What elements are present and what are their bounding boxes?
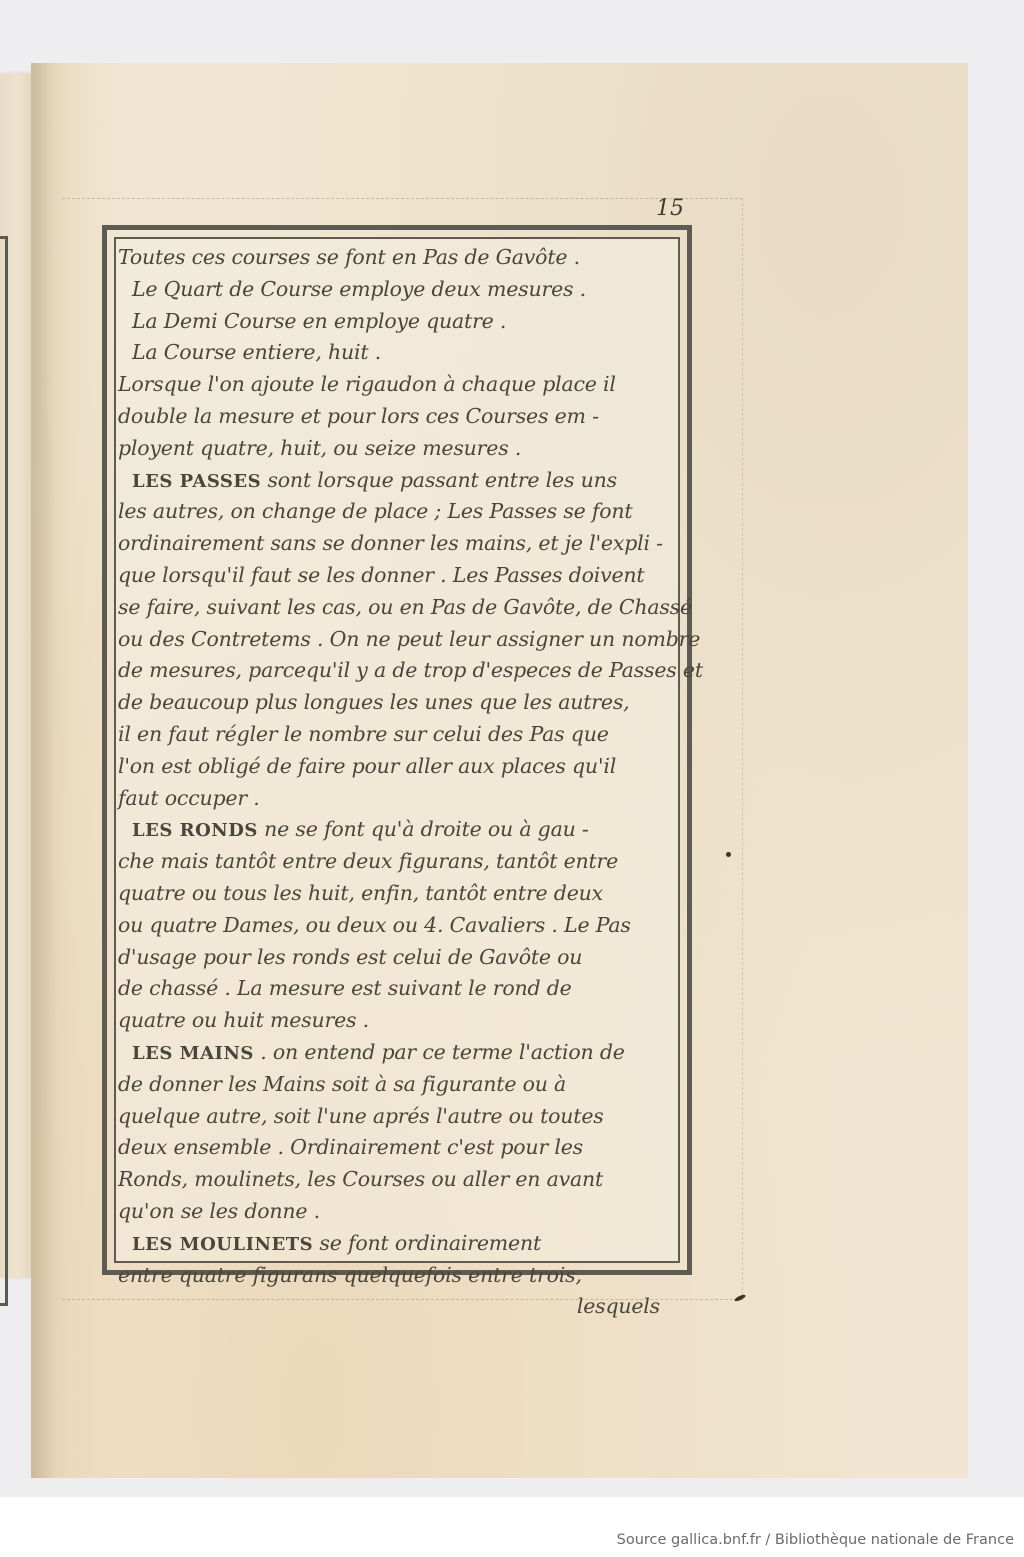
line-text: ne se font qu'à droite ou à gau -: [258, 817, 589, 841]
line-text: La Course entiere, huit .: [132, 340, 381, 364]
section-heading: LES RONDS: [132, 820, 258, 841]
line-text: de chassé . La mesure est suivant le ron…: [118, 976, 572, 1000]
line-text: se font ordinairement: [313, 1231, 541, 1255]
text-line: deux ensemble . Ordinairement c'est pour…: [118, 1132, 678, 1164]
text-line: double la mesure et pour lors ces Course…: [118, 401, 678, 433]
text-line: se faire, suivant les cas, ou en Pas de …: [118, 592, 678, 624]
text-line: ou quatre Dames, ou deux ou 4. Cavaliers…: [118, 910, 678, 942]
text-line: LES MAINS . on entend par ce terme l'act…: [118, 1037, 678, 1069]
line-text: . on entend par ce terme l'action de: [254, 1040, 625, 1064]
page-number: 15: [656, 196, 684, 221]
line-text: La Demi Course en employe quatre .: [132, 309, 506, 333]
footer-bar: [0, 1497, 1024, 1557]
text-line: entre quatre figurans quelquefois entre …: [118, 1260, 678, 1292]
line-text: entre quatre figurans quelquefois entre …: [118, 1263, 582, 1287]
line-text: Le Quart de Course employe deux mesures …: [132, 277, 586, 301]
gutter-shadow: [31, 63, 56, 1478]
line-text: ou quatre Dames, ou deux ou 4. Cavaliers…: [118, 913, 631, 937]
text-line: LES MOULINETS se font ordinairement: [118, 1228, 678, 1260]
line-text: de beaucoup plus longues les unes que le…: [118, 690, 629, 714]
ink-speck: [726, 852, 731, 857]
text-line: Ronds, moulinets, les Courses ou aller e…: [118, 1164, 678, 1196]
text-line: ployent quatre, huit, ou seize mesures .: [118, 433, 678, 465]
text-line: Lorsque l'on ajoute le rigaudon à chaque…: [118, 369, 678, 401]
line-text: ou des Contretems . On ne peut leur assi…: [118, 627, 700, 651]
previous-page-frame: [0, 236, 8, 1306]
text-line: que lorsqu'il faut se les donner . Les P…: [118, 560, 678, 592]
source-credit: Source gallica.bnf.fr / Bibliothèque nat…: [617, 1532, 1014, 1548]
line-text: l'on est obligé de faire pour aller aux …: [118, 754, 616, 778]
text-line: quelque autre, soit l'une aprés l'autre …: [118, 1101, 678, 1133]
line-text: lesquels: [577, 1294, 660, 1318]
line-text: quelque autre, soit l'une aprés l'autre …: [118, 1104, 604, 1128]
line-text: quatre ou huit mesures .: [118, 1008, 369, 1032]
text-line: quatre ou huit mesures .: [118, 1005, 678, 1037]
section-heading: LES MOULINETS: [132, 1234, 313, 1255]
text-line: La Course entiere, huit .: [118, 337, 678, 369]
line-text: que lorsqu'il faut se les donner . Les P…: [118, 563, 644, 587]
line-text: les autres, on change de place ; Les Pas…: [118, 499, 632, 523]
section-heading: LES PASSES: [132, 471, 261, 492]
text-line: LES RONDS ne se font qu'à droite ou à ga…: [118, 814, 678, 846]
section-heading: LES MAINS: [132, 1043, 254, 1064]
text-line: d'usage pour les ronds est celui de Gavô…: [118, 942, 678, 974]
text-line: ordinairement sans se donner les mains, …: [118, 528, 678, 560]
line-text: d'usage pour les ronds est celui de Gavô…: [118, 945, 582, 969]
text-line: de beaucoup plus longues les unes que le…: [118, 687, 678, 719]
line-text: il en faut régler le nombre sur celui de…: [118, 722, 609, 746]
text-line: faut occuper .: [118, 783, 678, 815]
text-line: LES PASSES sont lorsque passant entre le…: [118, 465, 678, 497]
line-text: che mais tantôt entre deux figurans, tan…: [118, 849, 618, 873]
line-text: se faire, suivant les cas, ou en Pas de …: [118, 595, 692, 619]
text-line: La Demi Course en employe quatre .: [118, 306, 678, 338]
line-text: Ronds, moulinets, les Courses ou aller e…: [118, 1167, 603, 1191]
text-line: de chassé . La mesure est suivant le ron…: [118, 973, 678, 1005]
text-line: che mais tantôt entre deux figurans, tan…: [118, 846, 678, 878]
line-text: de mesures, parcequ'il y a de trop d'esp…: [118, 658, 703, 682]
text-line: ou des Contretems . On ne peut leur assi…: [118, 624, 678, 656]
text-line: il en faut régler le nombre sur celui de…: [118, 719, 678, 751]
text-line: les autres, on change de place ; Les Pas…: [118, 496, 678, 528]
line-text: Lorsque l'on ajoute le rigaudon à chaque…: [118, 372, 616, 396]
line-text: qu'on se les donne .: [118, 1199, 320, 1223]
line-text: ordinairement sans se donner les mains, …: [118, 531, 663, 555]
line-text: quatre ou tous les huit, enfin, tantôt e…: [118, 881, 603, 905]
text-line: l'on est obligé de faire pour aller aux …: [118, 751, 678, 783]
line-text: faut occuper .: [118, 786, 260, 810]
line-text: de donner les Mains soit à sa figurante …: [118, 1072, 566, 1096]
engraved-text-block: Toutes ces courses se font en Pas de Gav…: [118, 242, 678, 1323]
text-line: qu'on se les donne .: [118, 1196, 678, 1228]
line-text: ployent quatre, huit, ou seize mesures .: [118, 436, 521, 460]
text-line: Toutes ces courses se font en Pas de Gav…: [118, 242, 678, 274]
text-line: Le Quart de Course employe deux mesures …: [118, 274, 678, 306]
text-line: de donner les Mains soit à sa figurante …: [118, 1069, 678, 1101]
text-line: de mesures, parcequ'il y a de trop d'esp…: [118, 655, 678, 687]
text-line: lesquels: [118, 1291, 678, 1323]
line-text: Toutes ces courses se font en Pas de Gav…: [118, 245, 580, 269]
line-text: double la mesure et pour lors ces Course…: [118, 404, 599, 428]
text-line: quatre ou tous les huit, enfin, tantôt e…: [118, 878, 678, 910]
line-text: deux ensemble . Ordinairement c'est pour…: [118, 1135, 583, 1159]
line-text: sont lorsque passant entre les uns: [261, 468, 617, 492]
